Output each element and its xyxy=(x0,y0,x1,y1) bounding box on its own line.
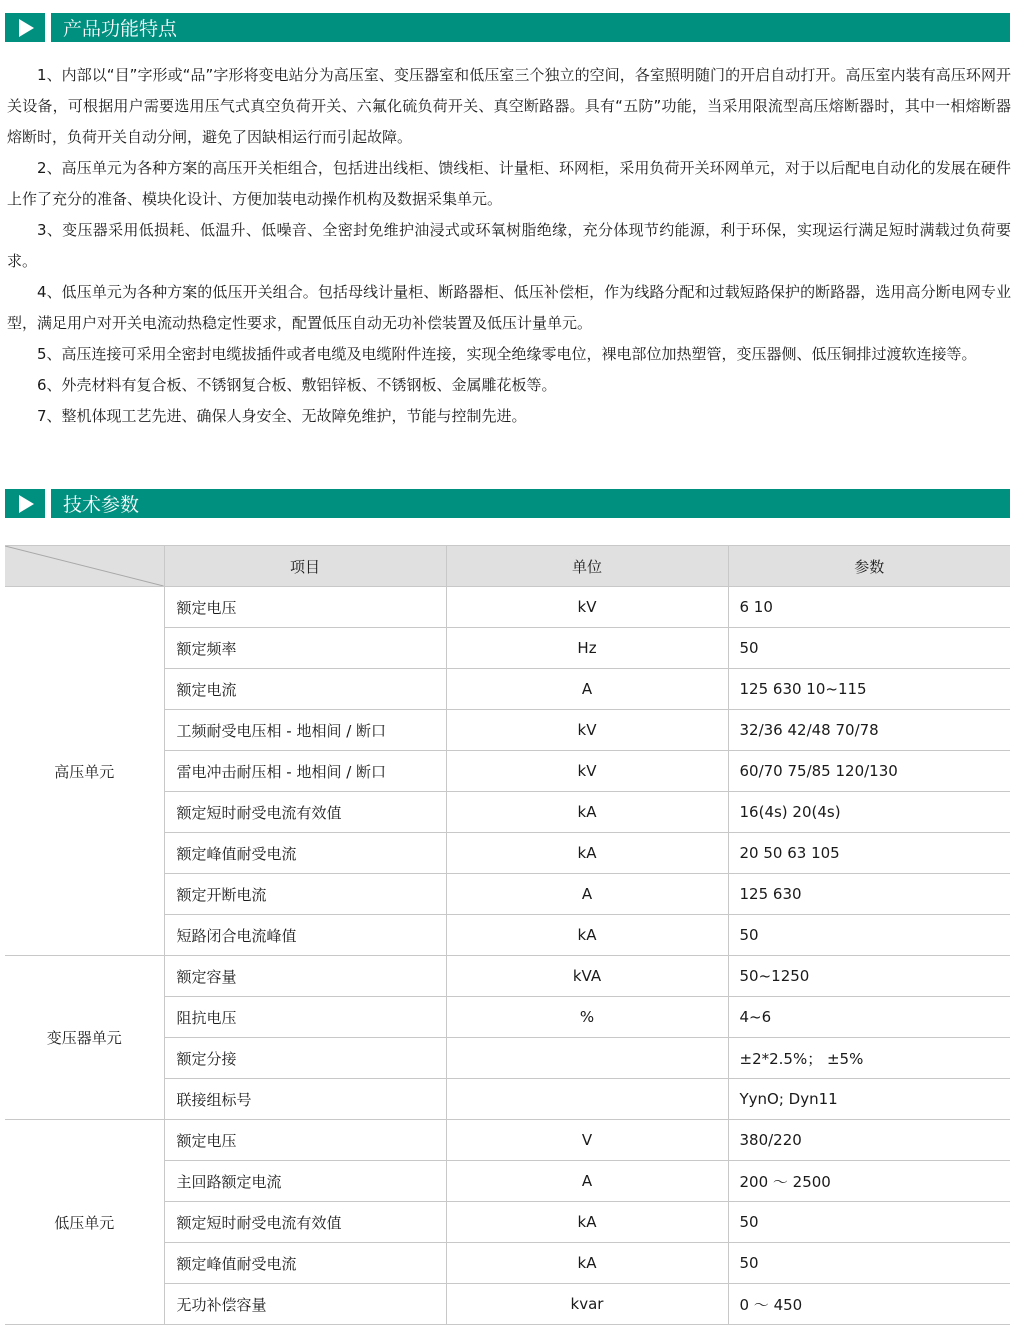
param-unit: kA xyxy=(446,833,728,874)
param-value: ±2*2.5%； ±5% xyxy=(728,1038,1010,1079)
param-unit: % xyxy=(446,997,728,1038)
table-row: 低压单元 额定电压 V 380/220 xyxy=(5,1120,1010,1161)
param-unit: A xyxy=(446,1161,728,1202)
param-item: 无功补偿容量 xyxy=(164,1284,446,1325)
param-value: 50~1250 xyxy=(728,956,1010,997)
param-item: 额定电压 xyxy=(164,587,446,628)
group-label: 低压单元 xyxy=(5,1120,164,1325)
table-row: 变压器单元 额定容量 kVA 50~1250 xyxy=(5,956,1010,997)
param-value: 60/70 75/85 120/130 xyxy=(728,751,1010,792)
param-item: 额定容量 xyxy=(164,956,446,997)
param-unit: kV xyxy=(446,587,728,628)
param-value: 50 xyxy=(728,915,1010,956)
param-unit: kA xyxy=(446,915,728,956)
param-value: 50 xyxy=(728,1243,1010,1284)
param-value: 125 630 10~115 xyxy=(728,669,1010,710)
param-item: 短路闭合电流峰值 xyxy=(164,915,446,956)
param-unit: kA xyxy=(446,1202,728,1243)
param-value: 16(4s) 20(4s) xyxy=(728,792,1010,833)
feature-paragraph: 3、变压器采用低损耗、低温升、低噪音、全密封免维护油浸式或环氧树脂绝缘，充分体现… xyxy=(7,215,1011,277)
table-row: 高压单元 额定电压 kV 6 10 xyxy=(5,587,1010,628)
param-unit xyxy=(446,1079,728,1120)
group-label: 高压单元 xyxy=(5,587,164,956)
feature-paragraph: 2、高压单元为各种方案的高压开关柜组合，包括进出线柜、馈线柜、计量柜、环网柜，采… xyxy=(7,153,1011,215)
feature-paragraph: 6、外壳材料有复合板、不锈钢复合板、敷铝锌板、不锈钢板、金属雕花板等。 xyxy=(7,370,1011,401)
param-value: 0 ～ 450 xyxy=(728,1284,1010,1325)
param-item: 雷电冲击耐压相 - 地相间 / 断口 xyxy=(164,751,446,792)
param-unit: V xyxy=(446,1120,728,1161)
param-unit: kA xyxy=(446,1243,728,1284)
param-value: 20 50 63 105 xyxy=(728,833,1010,874)
param-value: 4~6 xyxy=(728,997,1010,1038)
param-item: 额定分接 xyxy=(164,1038,446,1079)
features-list: 1、内部以“目”字形或“品”字形将变电站分为高压室、变压器室和低压室三个独立的空… xyxy=(7,60,1011,432)
feature-paragraph: 1、内部以“目”字形或“品”字形将变电站分为高压室、变压器室和低压室三个独立的空… xyxy=(7,60,1011,153)
param-unit: kV xyxy=(446,751,728,792)
param-item: 工频耐受电压相 - 地相间 / 断口 xyxy=(164,710,446,751)
param-item: 额定频率 xyxy=(164,628,446,669)
param-item: 额定峰值耐受电流 xyxy=(164,1243,446,1284)
param-item: 额定短时耐受电流有效值 xyxy=(164,792,446,833)
param-value: 125 630 xyxy=(728,874,1010,915)
param-item: 额定峰值耐受电流 xyxy=(164,833,446,874)
param-item: 额定电流 xyxy=(164,669,446,710)
param-value: 380/220 xyxy=(728,1120,1010,1161)
feature-paragraph: 7、整机体现工艺先进、确保人身安全、无故障免维护，节能与控制先进。 xyxy=(7,401,1011,432)
param-item: 阻抗电压 xyxy=(164,997,446,1038)
play-arrow-icon xyxy=(5,489,45,518)
section-title: 技术参数 xyxy=(51,489,1010,518)
param-value: 200 ～ 2500 xyxy=(728,1161,1010,1202)
param-value: 6 10 xyxy=(728,587,1010,628)
param-unit: kVA xyxy=(446,956,728,997)
param-value: 32/36 42/48 70/78 xyxy=(728,710,1010,751)
feature-paragraph: 5、高压连接可采用全密封电缆拔插件或者电缆及电缆附件连接，实现全绝缘零电位，裸电… xyxy=(7,339,1011,370)
param-item: 主回路额定电流 xyxy=(164,1161,446,1202)
param-unit: A xyxy=(446,669,728,710)
header-unit: 单位 xyxy=(446,546,728,587)
param-unit: kvar xyxy=(446,1284,728,1325)
diagonal-header-cell xyxy=(5,546,164,587)
param-item: 联接组标号 xyxy=(164,1079,446,1120)
param-unit: Hz xyxy=(446,628,728,669)
param-unit: kA xyxy=(446,792,728,833)
header-item: 项目 xyxy=(164,546,446,587)
play-arrow-icon xyxy=(5,13,45,42)
param-value: 50 xyxy=(728,1202,1010,1243)
header-value: 参数 xyxy=(728,546,1010,587)
feature-paragraph: 4、低压单元为各种方案的低压开关组合。包括母线计量柜、断路器柜、低压补偿柜，作为… xyxy=(7,277,1011,339)
group-label: 变压器单元 xyxy=(5,956,164,1120)
section-header-features: 产品功能特点 xyxy=(5,13,1010,42)
param-item: 额定电压 xyxy=(164,1120,446,1161)
param-item: 额定开断电流 xyxy=(164,874,446,915)
table-header-row: 项目 单位 参数 xyxy=(5,546,1010,587)
section-title: 产品功能特点 xyxy=(51,13,1010,42)
tech-params-table: 项目 单位 参数 高压单元 额定电压 kV 6 10 额定频率 Hz 50 额定… xyxy=(5,545,1010,1325)
param-unit: A xyxy=(446,874,728,915)
param-unit xyxy=(446,1038,728,1079)
param-unit: kV xyxy=(446,710,728,751)
param-value: 50 xyxy=(728,628,1010,669)
section-header-params: 技术参数 xyxy=(5,489,1010,518)
param-value: YynO; Dyn11 xyxy=(728,1079,1010,1120)
param-item: 额定短时耐受电流有效值 xyxy=(164,1202,446,1243)
